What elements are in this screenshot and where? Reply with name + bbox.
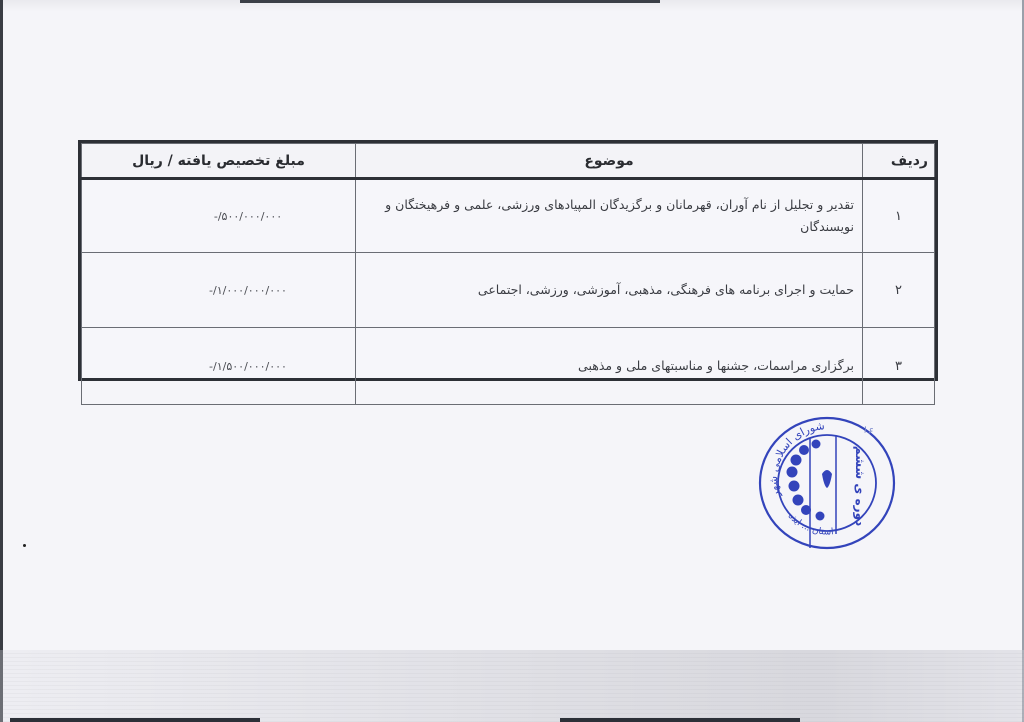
row-subject: برگزاری مراسمات، جشنها و مناسبتهای ملی و… <box>356 328 863 405</box>
header-subject: موضوع <box>356 144 863 179</box>
allocation-table: ردیف موضوع مبلغ تخصیص یافته / ریال ۱ تقد… <box>78 140 938 381</box>
scan-bottom-bar-mid <box>560 718 800 722</box>
row-subject: تقدیر و تجلیل از نام آوران، قهرمانان و ب… <box>356 179 863 253</box>
table-row: ۳ برگزاری مراسمات، جشنها و مناسبتهای ملی… <box>82 328 935 405</box>
scan-left-edge <box>0 0 3 722</box>
scan-dot <box>23 544 26 547</box>
row-index: ۳ <box>863 328 935 405</box>
stamp-seal-icon: شورای اسلامی شهر استان ... ایذه دوره ی ش… <box>758 416 896 550</box>
row-amount: ۱/۵۰۰/۰۰۰/۰۰۰/- <box>82 328 356 405</box>
row-amount: ۱/۰۰۰/۰۰۰/۰۰۰/- <box>82 253 356 328</box>
scan-top-bar <box>240 0 660 3</box>
table-row: ۲ حمایت و اجرای برنامه های فرهنگی، مذهبی… <box>82 253 935 328</box>
row-index: ۲ <box>863 253 935 328</box>
table-row: ۱ تقدیر و تجلیل از نام آوران، قهرمانان و… <box>82 179 935 253</box>
scan-bottom-smudge <box>0 650 1024 722</box>
stamp-inner-text: دوره ی ششم <box>852 446 867 526</box>
row-index: ۱ <box>863 179 935 253</box>
scan-bottom-bar-left <box>10 718 260 722</box>
table-header-row: ردیف موضوع مبلغ تخصیص یافته / ریال <box>82 144 935 179</box>
header-amount: مبلغ تخصیص یافته / ریال <box>82 144 356 179</box>
header-index: ردیف <box>863 144 935 179</box>
official-stamp: شورای اسلامی شهر استان ... ایذه دوره ی ش… <box>758 416 896 550</box>
row-subject: حمایت و اجرای برنامه های فرهنگی، مذهبی، … <box>356 253 863 328</box>
row-amount: ۵۰۰/۰۰۰/۰۰۰/- <box>82 179 356 253</box>
